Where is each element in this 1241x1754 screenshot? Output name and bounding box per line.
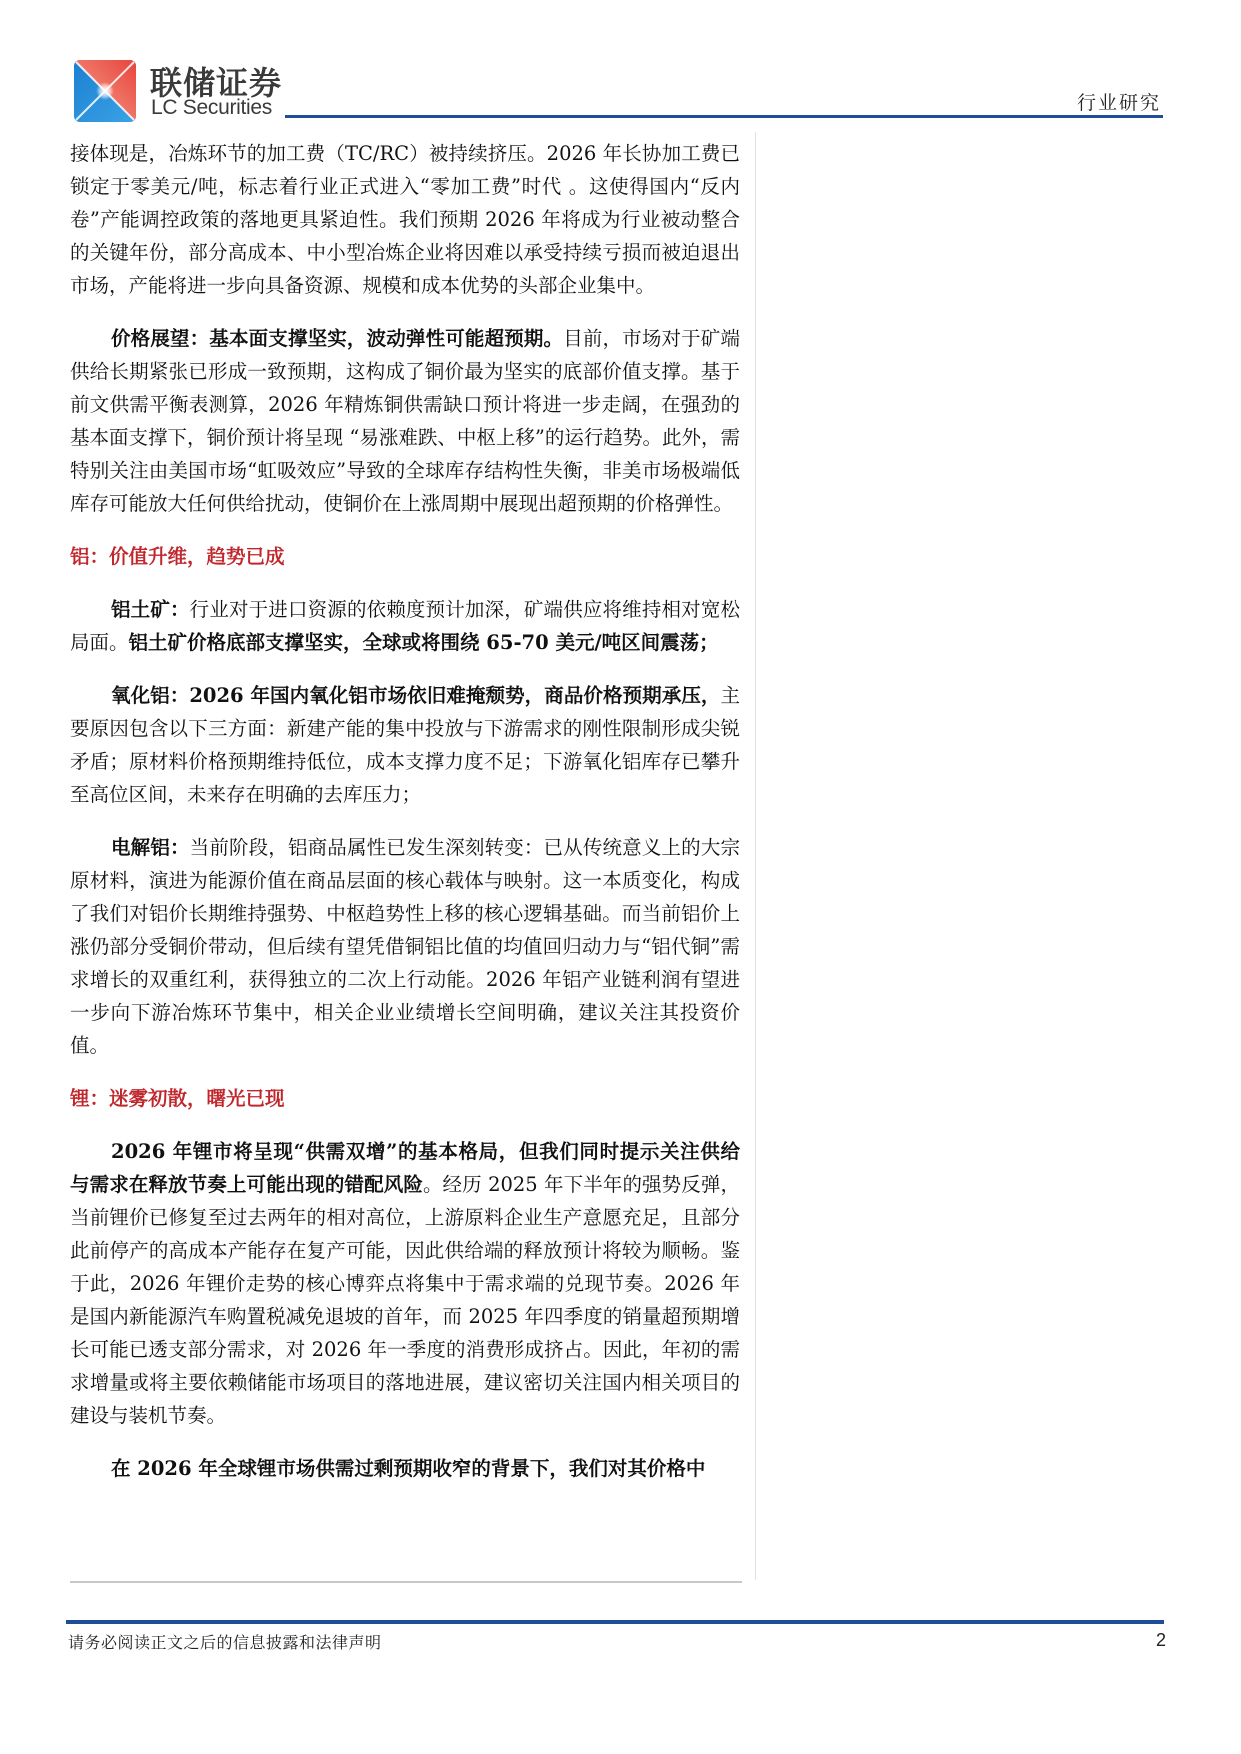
section-title-lithium: 锂：迷雾初散，曙光已现 — [70, 1082, 740, 1115]
main-content: 接体现是，冶炼环节的加工费（TC/RC）被持续挤压。2026 年长协加工费已锁定… — [70, 137, 740, 1485]
page-number: 2 — [1156, 1630, 1166, 1651]
conclusion-bauxite: 铝土矿价格底部支撑坚实，全球或将围绕 65-70 美元/吨区间震荡； — [129, 631, 719, 654]
column-divider — [755, 132, 756, 1580]
paragraph-copper-price-outlook: 价格展望：基本面支撑坚实，波动弹性可能超预期。目前，市场对于矿端供给长期紧张已形… — [70, 322, 740, 520]
lead-bauxite: 铝土矿： — [111, 598, 190, 621]
text-copper-price-outlook: 目前，市场对于矿端供给长期紧张已形成一致预期，这构成了铜价最为坚实的底部价值支撑… — [70, 327, 740, 515]
text-lithium-outlook: 。经历 2025 年下半年的强势反弹，当前锂价已修复至过去两年的相对高位，上游原… — [70, 1173, 740, 1427]
paragraph-lithium-outlook: 2026 年锂市将呈现“供需双增”的基本格局，但我们同时提示关注供给与需求在释放… — [70, 1135, 740, 1432]
page-header: 联储证券 LC Securities 行业研究 — [0, 0, 1241, 125]
section-title-aluminum: 铝：价值升维，趋势已成 — [70, 540, 740, 573]
lc-securities-logo-icon — [74, 60, 136, 122]
header-divider — [285, 115, 1163, 118]
lead-copper-price-outlook: 价格展望：基本面支撑坚实，波动弹性可能超预期。 — [111, 327, 563, 350]
paragraph-bauxite: 铝土矿：行业对于进口资源的依赖度预计加深，矿端供应将维持相对宽松局面。铝土矿价格… — [70, 593, 740, 659]
logo-english-name: LC Securities — [151, 96, 272, 120]
content-bottom-rule — [70, 1581, 742, 1583]
lead-electrolytic-aluminum: 电解铝： — [111, 836, 190, 859]
lead-alumina: 氧化铝：2026 年国内氧化铝市场依旧难掩颓势，商品价格预期承压， — [111, 684, 720, 707]
paragraph-copper-tcrc: 接体现是，冶炼环节的加工费（TC/RC）被持续挤压。2026 年长协加工费已锁定… — [70, 137, 740, 302]
text-electrolytic-aluminum: 当前阶段，铝商品属性已发生深刻转变：已从传统意义上的大宗原材料，演进为能源价值在… — [70, 836, 740, 1057]
paragraph-alumina: 氧化铝：2026 年国内氧化铝市场依旧难掩颓势，商品价格预期承压，主要原因包含以… — [70, 679, 740, 811]
report-category: 行业研究 — [1077, 88, 1161, 115]
legal-disclaimer-notice: 请务必阅读正文之后的信息披露和法律声明 — [68, 1630, 382, 1653]
paragraph-lithium-price: 在 2026 年全球锂市场供需过剩预期收窄的背景下，我们对其价格中 — [70, 1452, 740, 1485]
paragraph-electrolytic-aluminum: 电解铝：当前阶段，铝商品属性已发生深刻转变：已从传统意义上的大宗原材料，演进为能… — [70, 831, 740, 1062]
footer-divider — [66, 1620, 1164, 1624]
